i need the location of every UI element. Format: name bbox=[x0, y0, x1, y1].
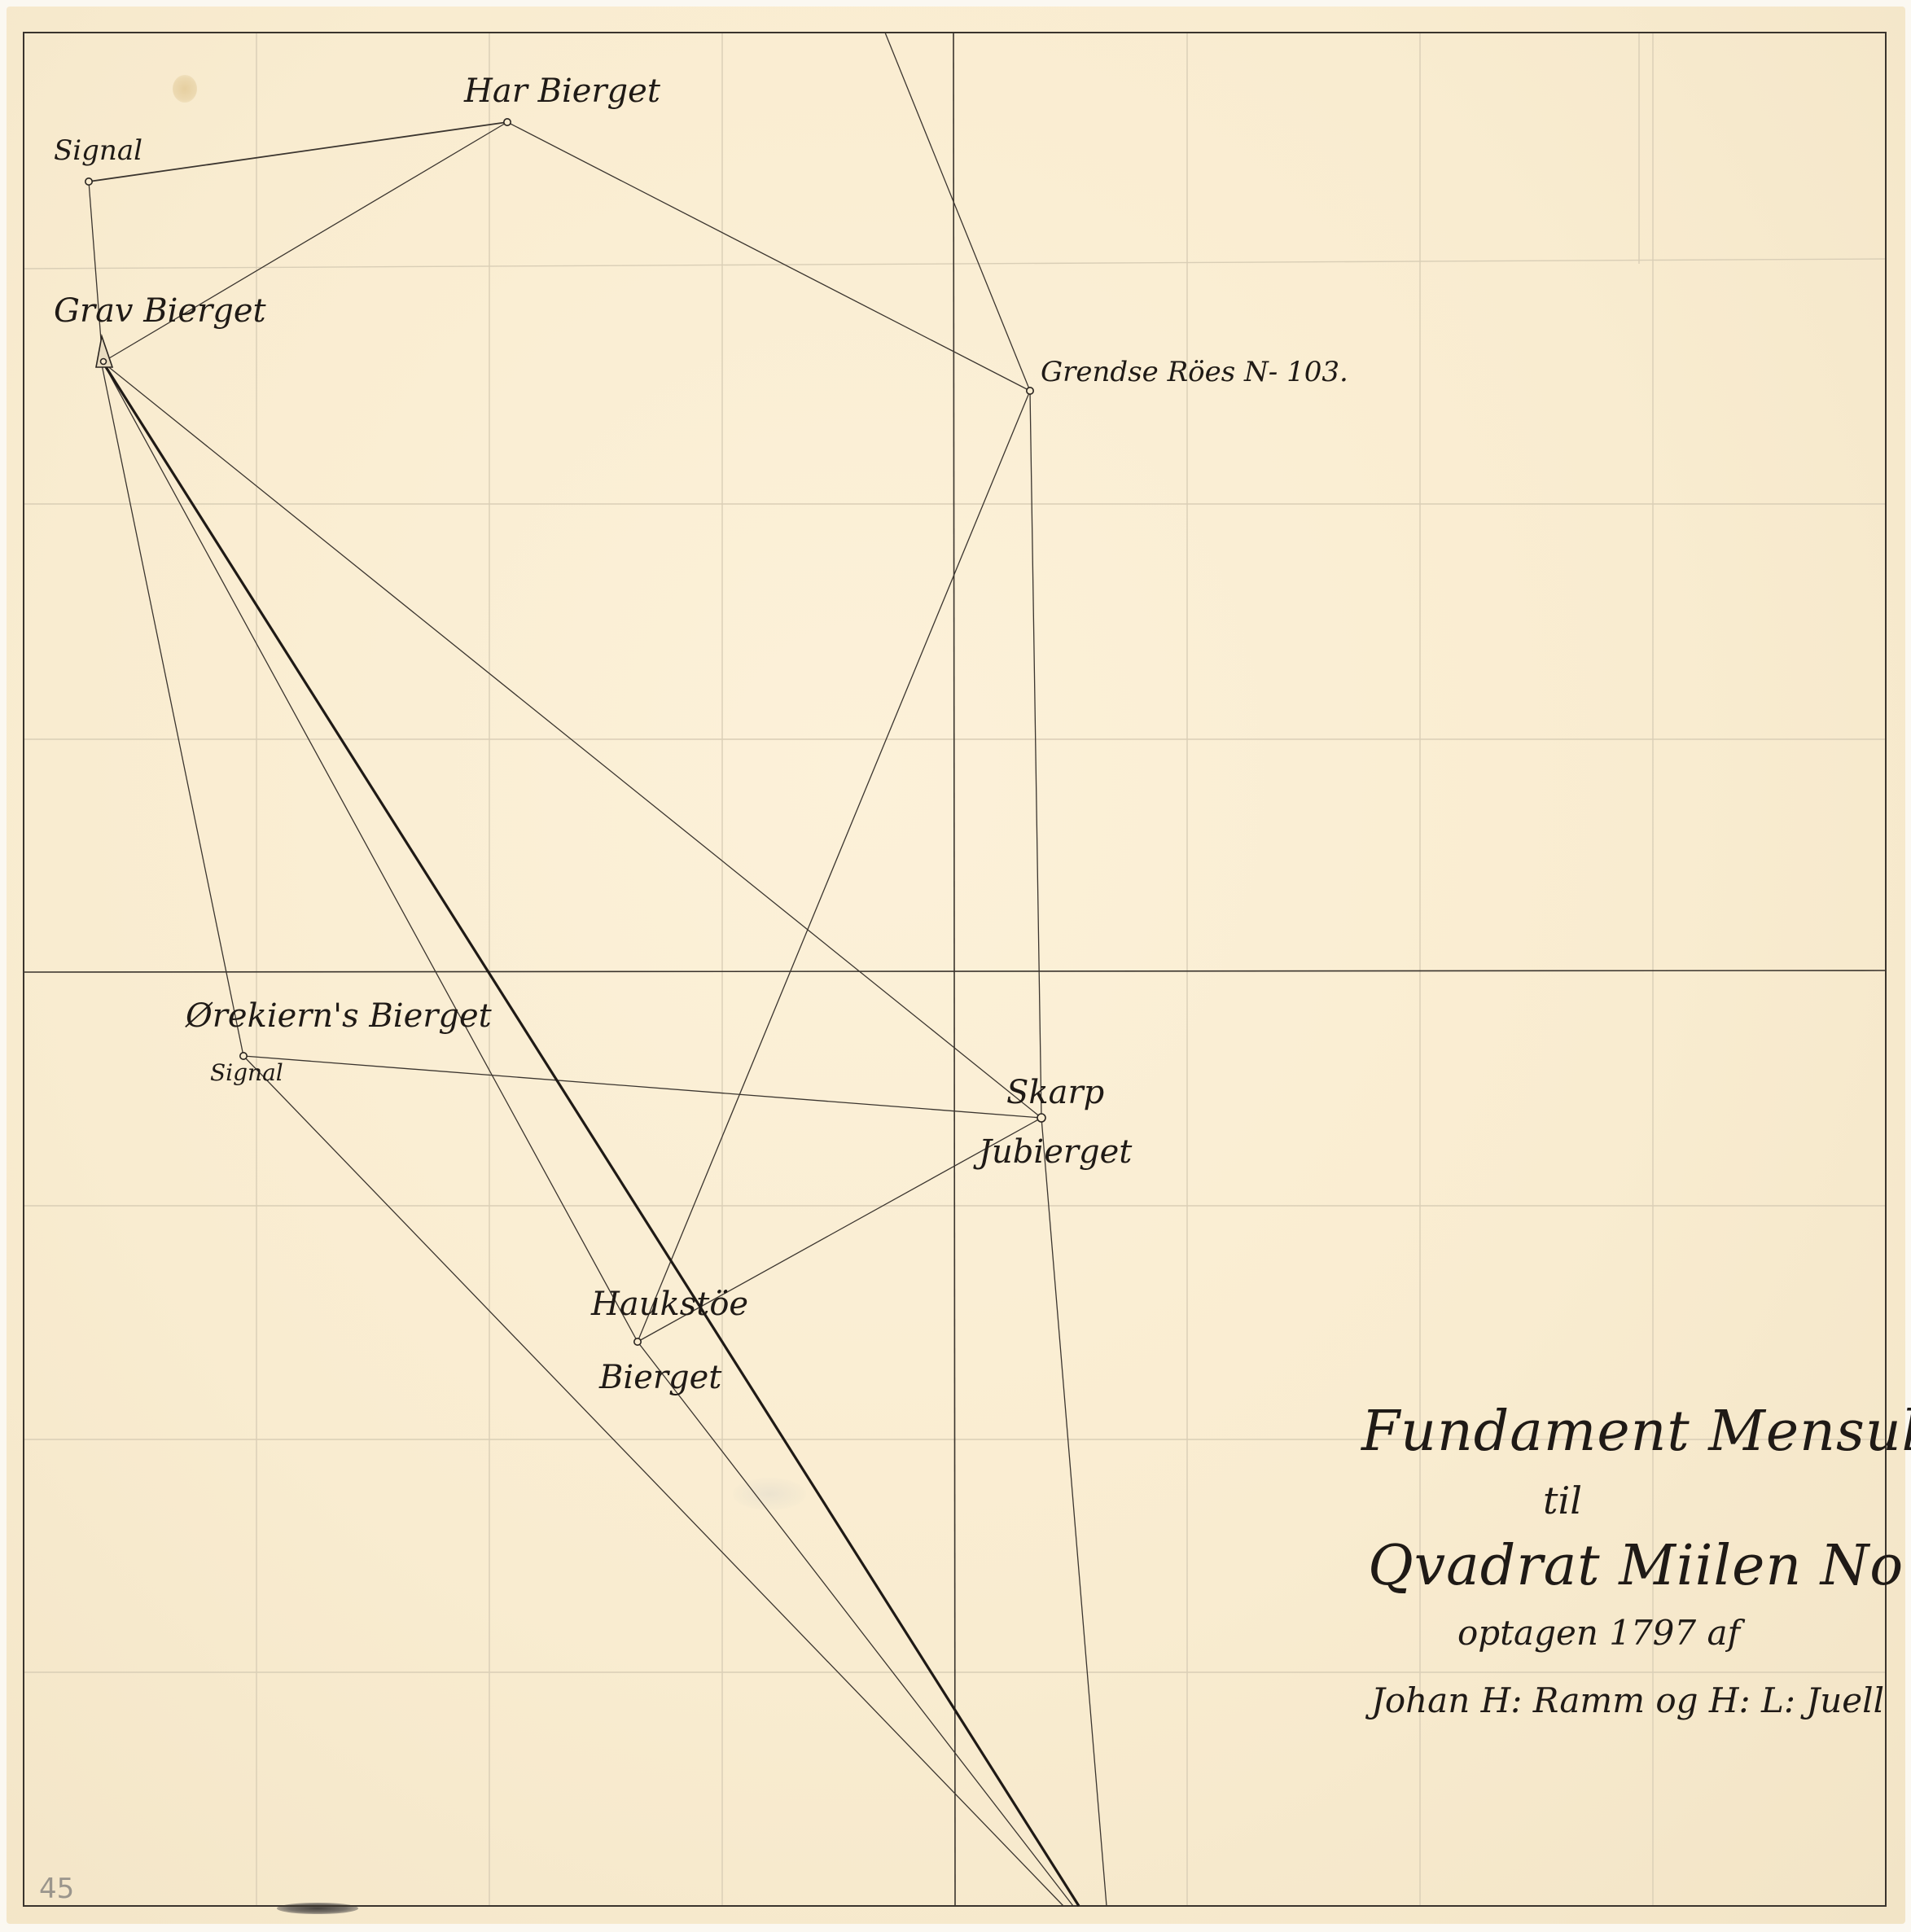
label-orekiern-bierget: Ørekiern's Bierget bbox=[186, 1000, 492, 1032]
title-line-optagen: optagen 1797 af bbox=[1457, 1616, 1740, 1650]
label-haukstoe: Haukstöe bbox=[591, 1288, 748, 1321]
title-line-fundament-mensul: Fundament Mensul bbox=[1361, 1404, 1911, 1460]
map-sheet: Signal Har Bierget Grav Bierget Grendse … bbox=[0, 0, 1911, 1932]
label-haukstoe-bierget: Bierget bbox=[599, 1361, 721, 1394]
label-orekiern-signal: Signal bbox=[210, 1062, 283, 1084]
label-signal-top: Signal bbox=[54, 137, 142, 164]
title-line-surveyors: Johan H: Ramm og H: L: Juell bbox=[1371, 1684, 1884, 1718]
grav-bierget-marker bbox=[96, 336, 112, 367]
title-line-qvadrat-miilen: Qvadrat Miilen No 158. bbox=[1368, 1539, 1911, 1594]
label-jubierget: Jubierget bbox=[979, 1136, 1132, 1168]
label-skarp: Skarp bbox=[1006, 1076, 1104, 1109]
title-line-til: til bbox=[1543, 1482, 1582, 1519]
label-grendse-roes: Grendse Röes N- 103. bbox=[1041, 358, 1348, 386]
base-line bbox=[103, 363, 1079, 1906]
label-har-bierget: Har Bierget bbox=[464, 75, 660, 107]
pencil-archive-number: 45 bbox=[39, 1873, 74, 1905]
label-grav-bierget: Grav Bierget bbox=[54, 295, 266, 327]
